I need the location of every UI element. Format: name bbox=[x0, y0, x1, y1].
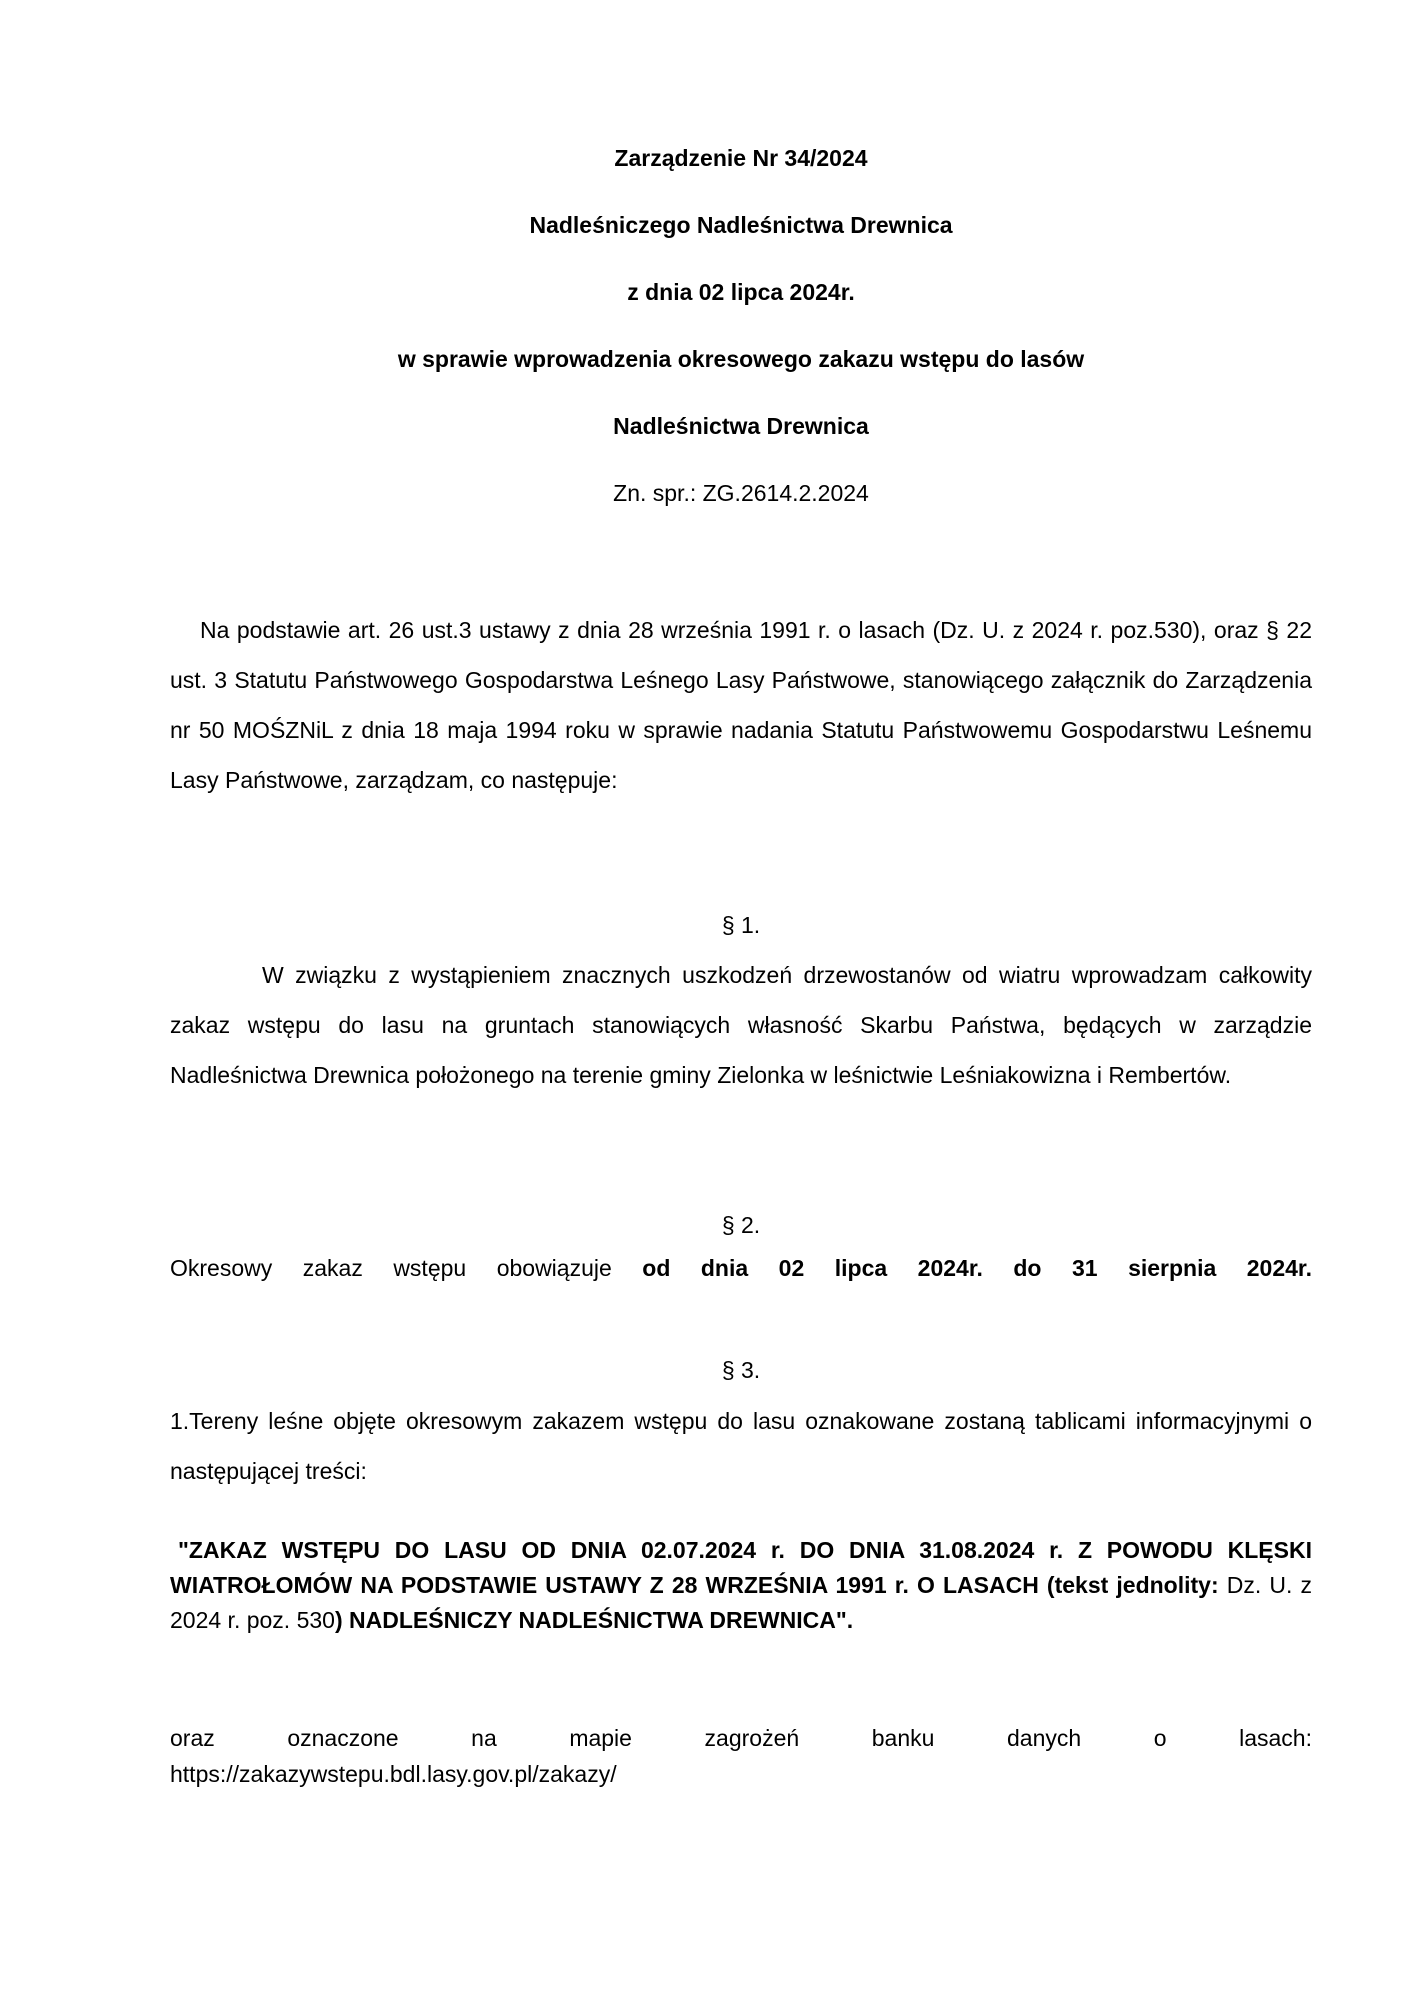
section-2-period: od dnia 02 lipca 2024r. do 31 sierpnia 2… bbox=[642, 1255, 1312, 1281]
document-date: z dnia 02 lipca 2024r. bbox=[170, 277, 1312, 307]
document-issuer: Nadleśniczego Nadleśnictwa Drewnica bbox=[170, 210, 1312, 240]
document-reference: Zn. spr.: ZG.2614.2.2024 bbox=[170, 478, 1312, 508]
sign-content-bold-1: "ZAKAZ WSTĘPU DO LASU OD DNIA 02.07.2024… bbox=[170, 1537, 1312, 1598]
preamble-paragraph: Na podstawie art. 26 ust.3 ustawy z dnia… bbox=[170, 605, 1312, 805]
section-2-text-normal: Okresowy zakaz wstępu obowiązuje bbox=[170, 1255, 642, 1281]
section-2-heading: § 2. bbox=[170, 1210, 1312, 1240]
sign-content-bold-2: ) NADLEŚNICZY NADLEŚNICTWA DREWNICA". bbox=[335, 1607, 853, 1633]
map-reference-text: oraz oznaczone na mapie zagrożeń banku d… bbox=[170, 1720, 1312, 1756]
map-reference-url[interactable]: https://zakazywstepu.bdl.lasy.gov.pl/zak… bbox=[170, 1756, 1312, 1792]
section-2-text: Okresowy zakaz wstępu obowiązuje od dnia… bbox=[170, 1250, 1312, 1286]
section-1-heading: § 1. bbox=[170, 910, 1312, 940]
document-subject-line-2: Nadleśnictwa Drewnica bbox=[170, 411, 1312, 441]
sign-content: "ZAKAZ WSTĘPU DO LASU OD DNIA 02.07.2024… bbox=[170, 1533, 1312, 1638]
section-1-text: W związku z wystąpieniem znacznych uszko… bbox=[170, 950, 1312, 1100]
section-3-heading: § 3. bbox=[170, 1355, 1312, 1385]
document-subject-line-1: w sprawie wprowadzenia okresowego zakazu… bbox=[170, 344, 1312, 374]
document-title: Zarządzenie Nr 34/2024 bbox=[170, 143, 1312, 173]
section-3-text: 1.Tereny leśne objęte okresowym zakazem … bbox=[170, 1396, 1312, 1496]
